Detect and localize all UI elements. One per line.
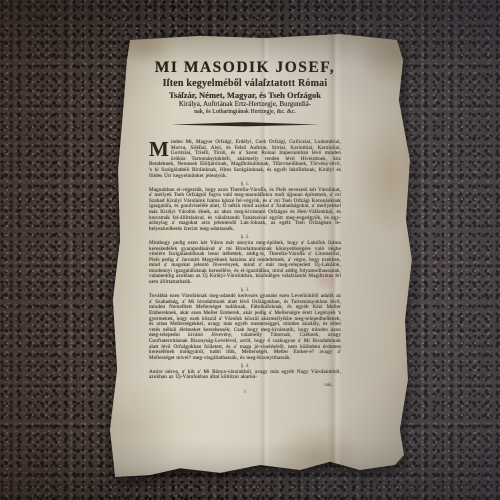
- printed-text-block: MI MASODIK JOSEF, Iſten kegyelméből vála…: [149, 58, 341, 395]
- photo-scene: MI MASODIK JOSEF, Iſten kegyelméből vála…: [0, 0, 500, 500]
- subtitle-line-4: nak, és Lotharingiának Hertzegje, &c. &c…: [149, 109, 341, 117]
- document-paper-wrap: MI MASODIK JOSEF, Iſten kegyelméből vála…: [95, 28, 420, 488]
- section-paragraph-4: Amire nézve, a' kik a' Mi Bánya-várainkb…: [149, 370, 341, 381]
- section-paragraph-2: Minthogy pedig ezen két Város már annyir…: [149, 241, 341, 286]
- section-paragraph-3: Továbbá ezen Vároſoknak meg-adandó kedve…: [149, 294, 341, 361]
- intro-paragraph: Minden Mi, Magyar Orſzági, Erdélyi, Cseh…: [149, 140, 341, 179]
- section-paragraph-1: Magunkban el-végeztük, hogy azon Thereſi…: [149, 188, 341, 233]
- subtitle-line-1: Iſten kegyelméből válaſztatott Római: [149, 78, 341, 90]
- drop-cap: M: [149, 140, 171, 158]
- intro-text: inden Mi, Magyar Orſzági, Erdélyi, Cseh …: [149, 139, 341, 179]
- swelled-rule-ornament: [170, 121, 320, 128]
- subtitle-line-3: Királya, Auſtriának Ertz-Hertzegje, Burg…: [149, 100, 341, 109]
- document-title: MI MASODIK JOSEF,: [149, 58, 341, 78]
- document-paper: MI MASODIK JOSEF, Iſten kegyelméből vála…: [95, 28, 420, 488]
- subtitle-line-2: Tsáſzár, Német, Magyar, és Tseh Orſzágok: [149, 90, 341, 100]
- closing-word: nak,: [149, 382, 341, 388]
- catchword-mark: X: [149, 389, 341, 395]
